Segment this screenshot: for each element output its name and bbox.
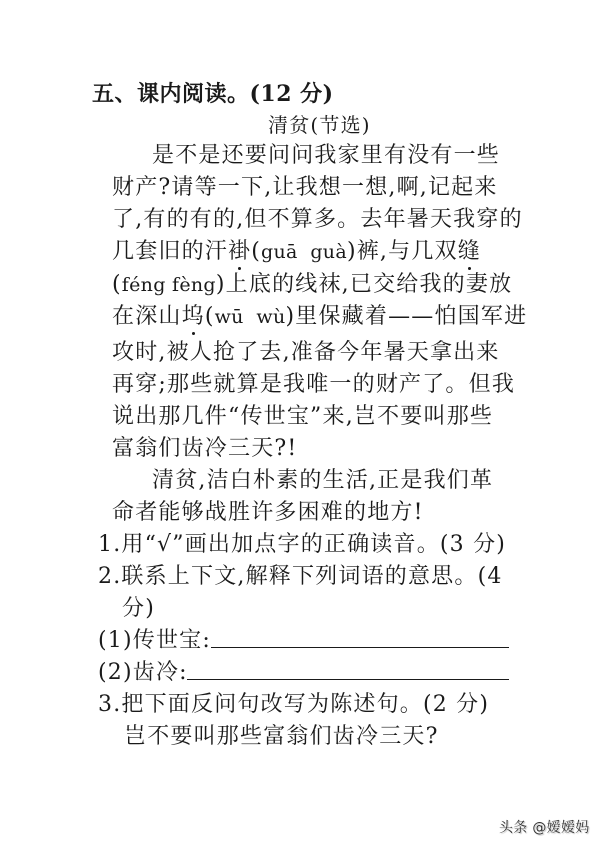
passage-line: 攻时,被人抢了去,准备今年暑天拿出来 — [112, 340, 500, 366]
passage-line: 在深山坞(wū wù)里保藏着——怕国军进 — [112, 304, 527, 330]
question-text: 用“√”画出加点字的正确读音。(3 分) — [121, 532, 506, 557]
dotted-char-gua: 褂 — [228, 239, 251, 265]
passage-line: 是不是还要问问我家里有没有一些 — [152, 143, 500, 169]
question-text: 把下面反问句改写为陈述句。(2 分) — [121, 692, 489, 717]
passage-line: 几套旧的汗褂(guā guà)裤,与几双缝 — [112, 239, 481, 265]
dotted-char-wu: 坞 — [182, 304, 205, 330]
passage-line: 财产?请等一下,让我想一想,啊,记起来 — [112, 175, 498, 201]
answer-blank-2[interactable] — [187, 679, 509, 680]
pinyin-options-gua[interactable]: guā guà — [261, 241, 347, 263]
passage-line: 清贫,洁白朴素的生活,正是我们革 — [152, 468, 493, 494]
question-number: 3. — [98, 692, 121, 717]
dotted-char-feng: 缝 — [458, 239, 481, 265]
answer-label-2: (2)齿冷: — [98, 660, 188, 686]
question-text-continuation: 分) — [122, 596, 155, 622]
answer-label-1: (1)传世宝: — [98, 628, 211, 654]
question-number: 1. — [98, 532, 121, 557]
passage-line: 富翁们齿冷三天?! — [112, 436, 297, 462]
pinyin-options-feng[interactable]: féng fèng — [122, 274, 216, 296]
passage-line: 了,有的有的,但不算多。去年暑天我穿的 — [112, 207, 523, 233]
answer-blank-1[interactable] — [211, 647, 509, 648]
passage-line: 再穿;那些就算是我唯一的财产了。但我 — [112, 372, 515, 398]
section-heading: 五、课内阅读。(12 分) — [92, 81, 334, 107]
watermark: 头条 @嫒嫒妈 — [499, 817, 590, 837]
passage-line: 命者能够战胜许多困难的地方! — [112, 500, 424, 526]
passage-line: 说出那几件“传世宝”来,岂不要叫那些 — [112, 404, 493, 430]
passage-title: 清贫(节选) — [268, 112, 371, 138]
question-number: 2. — [98, 564, 121, 589]
rewrite-sentence: 岂不要叫那些富翁们齿冷三天? — [124, 724, 439, 750]
pinyin-options-wu[interactable]: wū wù — [215, 306, 286, 328]
question-text: 联系上下文,解释下列词语的意思。(4 — [121, 564, 502, 589]
passage-line: (féng fèng)上底的线袜,已交给我的妻放 — [112, 272, 512, 298]
